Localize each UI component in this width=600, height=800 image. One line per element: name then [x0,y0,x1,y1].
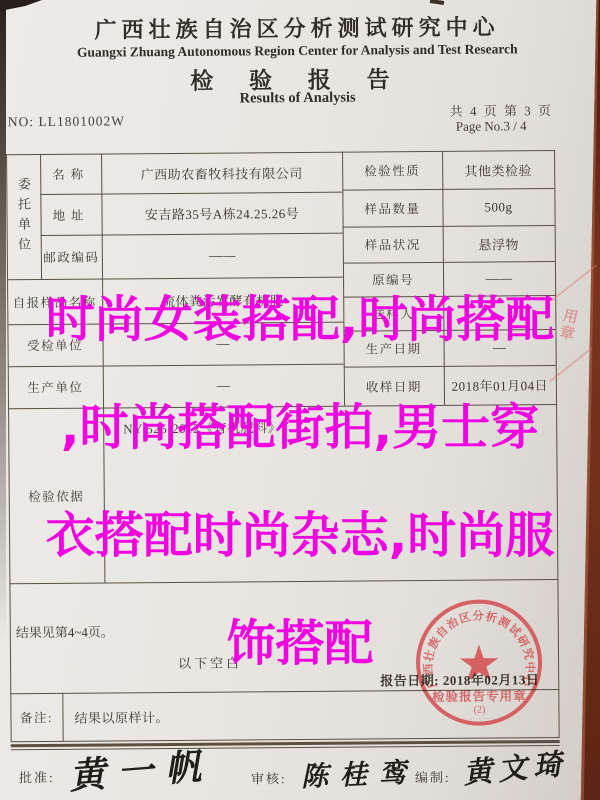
client-address-value: 安吉路35号A栋24.25.26号 [101,192,342,235]
remark-label: 备注: [10,693,62,741]
remark-value: 结果以原样计。 [62,690,374,740]
overlay-line-3: 衣搭配时尚杂志,时尚服 [46,507,555,564]
client-address-label: 地址 [40,194,101,235]
sample-qty-label: 样品数量 [342,189,442,227]
approver-signature: 黄一帆 [67,738,215,800]
report-number: NO: LL1801002W [8,113,125,130]
report-number-value: LL1801002W [38,113,125,129]
report-number-label: NO: [8,114,34,129]
stamp-number: (2) [474,705,486,716]
page-count-cn: 共 4 页 第 3 页 [450,100,553,120]
client-name-label: 名称 [40,154,101,194]
page-count-en: Page No.3 / 4 [456,118,527,135]
client-postcode-label: 邮政编码 [41,235,102,279]
test-type-value: 其他类检验 [442,150,554,189]
compiler-signature: 黄文琦 [461,741,569,792]
client-name-value: 广西助农畜牧科技有限公司 [101,152,342,194]
reviewer-signature: 陈桂鸾 [300,750,419,794]
stamp-title: 检验报告专用章 [432,688,527,704]
sample-qty-value: 500g [442,188,554,226]
overlay-line-4: 饰搭配 [226,615,373,672]
compiler-label: 编制: [415,767,451,786]
sample-state-value: 悬浮物 [443,225,555,262]
sample-state-label: 样品状况 [343,226,443,263]
overlay-line-1: 时尚女装搭配,时尚搭配 [46,291,555,348]
org-title-cn: 广西壮族自治区分析测试研究中心 [0,10,597,46]
test-type-label: 检验性质 [342,151,442,190]
watermark-overlay-text: 时尚女装搭配,时尚搭配 ,时尚搭配街拍,男士穿 衣搭配时尚杂志,时尚服 饰搭配 [0,293,600,671]
client-postcode-value: —— [102,233,343,279]
stamp-micro-text: ············· [462,717,497,722]
approver-label: 批准: [19,767,55,786]
client-group-label: 委托单位 [6,154,41,279]
reviewer-label: 审核: [251,768,287,787]
org-title-en: Guangxi Zhuang Autonomous Region Center … [0,41,597,62]
overlay-line-2: ,时尚搭配街拍,男士穿 [61,399,539,456]
